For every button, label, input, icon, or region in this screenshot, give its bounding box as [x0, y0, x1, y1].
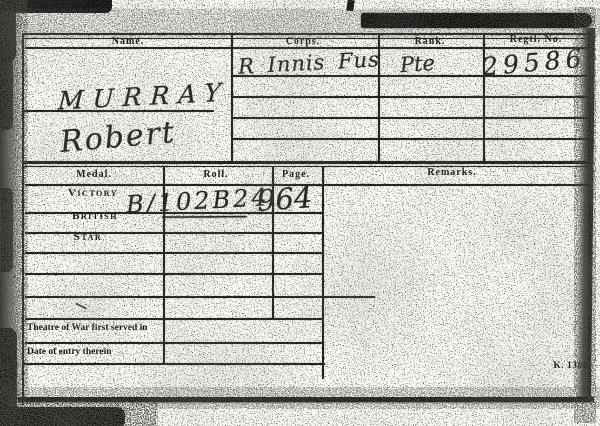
card-left-border [22, 33, 24, 405]
date-of-entry-label: Date of entry therein [27, 347, 112, 357]
section-divider [22, 161, 590, 164]
medal-row-label-star: Star [74, 231, 102, 243]
medal-row-label-victory: Victory [68, 187, 118, 199]
theatre-of-war-label: Theatre of War first served in [27, 323, 148, 333]
header-underline [25, 47, 588, 49]
medal-row-line [25, 273, 322, 275]
page-column-header: Page. [282, 169, 310, 180]
medal-row-label-british: British [72, 210, 118, 222]
corps-row-line [232, 96, 588, 98]
page-remarks-divider [322, 167, 324, 379]
stray-pen-mark [75, 303, 87, 310]
form-code: K. 1380 [540, 361, 588, 371]
card-right-border [588, 31, 591, 399]
corps-handwritten: R Innis Fus [237, 47, 380, 78]
scan-artifact-top-bar [361, 13, 592, 28]
name-column-header: Name. [112, 36, 145, 47]
british-roll-ditto-dash: — [157, 203, 252, 229]
theatre-row-line [25, 342, 322, 344]
card-bottom-border [18, 397, 594, 402]
regtl-no-column-header: Regtl. No. [510, 34, 563, 45]
name-corps-divider [231, 34, 233, 163]
scan-artifact-bottom-left-block [0, 407, 125, 426]
medal-index-card-scan: Name. Corps. Rank. Regtl. No. Medal. Rol… [0, 0, 600, 426]
scan-artifact-left-blob [1, 188, 13, 272]
section-divider-inner [22, 166, 590, 167]
medal-row-line [25, 232, 322, 234]
scan-artifact-right-band [576, 28, 595, 402]
scan-artifact-left-blob [0, 0, 16, 62]
remarks-column-header: Remarks. [427, 167, 476, 178]
medal-row-line [25, 318, 322, 320]
corps-row-line [232, 117, 588, 119]
medal-row-line [25, 252, 322, 254]
roll-column-header: Roll. [203, 169, 228, 180]
date-row-line [22, 363, 325, 365]
corps-row-line [232, 138, 588, 140]
forename-handwritten: Robert [59, 115, 178, 160]
victory-page-handwritten: 964 [256, 180, 314, 218]
corps-column-header: Corps. [286, 36, 321, 47]
rank-handwritten: Pte [399, 51, 436, 77]
card-top-border [22, 33, 592, 35]
rank-column-header: Rank. [415, 36, 446, 47]
scan-artifact-tick [346, 0, 354, 11]
medal-column-header: Medal. [76, 169, 112, 180]
scan-artifact-left-blob [0, 58, 13, 130]
